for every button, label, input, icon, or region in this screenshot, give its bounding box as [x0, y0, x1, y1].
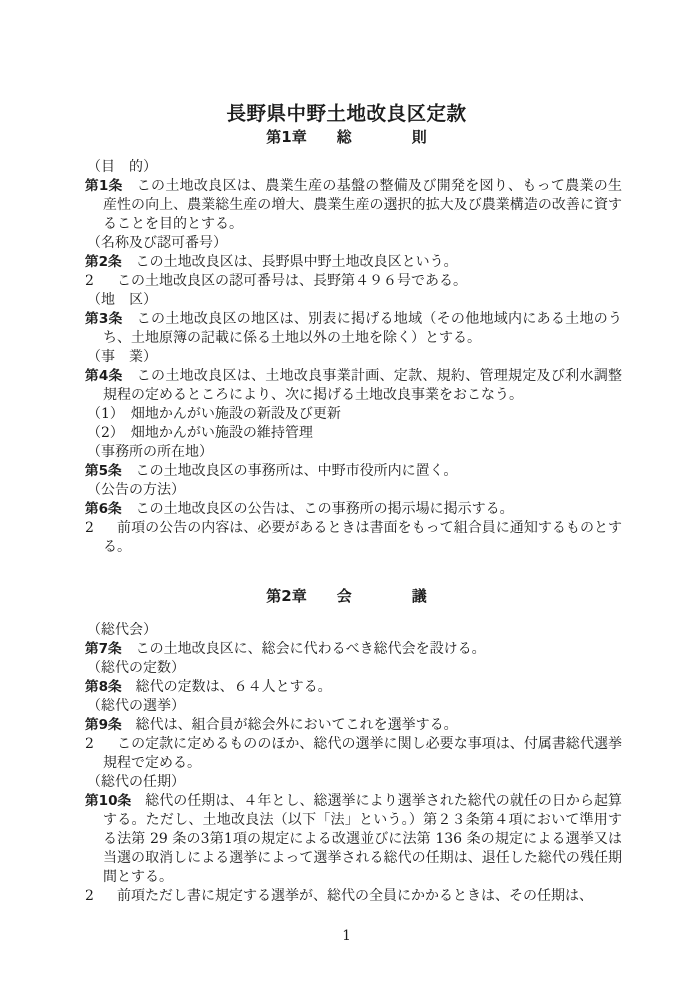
article-caption: （事 業） — [85, 348, 622, 367]
chapter-2-heading: 第2章 会 議 — [0, 586, 693, 606]
paragraph-number: 2 — [85, 519, 103, 538]
paragraph-text: 前項ただし書に規定する選挙が、総代の全員にかかるときは、その任期は、 — [103, 888, 593, 904]
document-title: 長野県中野土地改良区定款 — [0, 0, 693, 126]
article-number: 第3条 — [85, 311, 123, 327]
paragraph-number: 2 — [85, 272, 103, 291]
article-caption: （総代会） — [85, 621, 622, 640]
article-caption: （目 的） — [85, 158, 622, 177]
article-text: この土地改良区の事務所は、中野市役所内に置く。 — [122, 463, 458, 479]
article-caption: （総代の任期） — [85, 773, 622, 792]
article-text: 総代は、組合員が総会外においてこれを選挙する。 — [122, 717, 458, 733]
article-caption: （総代の選挙） — [85, 697, 622, 716]
article-text: この土地改良区は、長野県中野土地改良区という。 — [122, 254, 458, 270]
list-item: （1） 畑地かんがい施設の新設及び更新 — [85, 405, 622, 424]
article-number: 第9条 — [85, 717, 122, 733]
article: 第4条 この土地改良区は、土地改良事業計画、定款、規約、管理規定及び利水調整規程… — [85, 367, 622, 405]
paragraph: 2 前項の公告の内容は、必要があるときは書面をもって組合員に通知するものとする。 — [85, 519, 622, 557]
article-number: 第2条 — [85, 254, 122, 270]
article: 第2条 この土地改良区は、長野県中野土地改良区という。 — [85, 253, 622, 272]
chapter-1-body: （目 的） 第1条 この土地改良区は、農業生産の基盤の整備及び開発を図り、もって… — [85, 158, 622, 557]
article-caption: （名称及び認可番号） — [85, 234, 622, 253]
paragraph: 2 この定款に定めるもののほか、総代の選挙に関し必要な事項は、付属書総代選挙規程… — [85, 735, 622, 773]
paragraph-number: 2 — [85, 735, 103, 754]
article-number: 第10条 — [85, 793, 131, 809]
article: 第8条 総代の定数は、６４人とする。 — [85, 678, 622, 697]
article: 第7条 この土地改良区に、総会に代わるべき総代会を設ける。 — [85, 640, 622, 659]
chapter-1-heading: 第1章 総 則 — [0, 127, 693, 147]
article-caption: （総代の定数） — [85, 659, 622, 678]
article-number: 第5条 — [85, 463, 122, 479]
paragraph-text: この土地改良区の認可番号は、長野第４９６号である。 — [103, 273, 467, 289]
article-number: 第7条 — [85, 641, 122, 657]
article: 第5条 この土地改良区の事務所は、中野市役所内に置く。 — [85, 462, 622, 481]
article: 第6条 この土地改良区の公告は、この事務所の掲示場に掲示する。 — [85, 500, 622, 519]
article: 第9条 総代は、組合員が総会外においてこれを選挙する。 — [85, 716, 622, 735]
article-text: この土地改良区は、土地改良事業計画、定款、規約、管理規定及び利水調整規程の定める… — [103, 368, 622, 403]
list-item: （2） 畑地かんがい施設の維持管理 — [85, 424, 622, 443]
chapter-2-body: （総代会） 第7条 この土地改良区に、総会に代わるべき総代会を設ける。 （総代の… — [85, 621, 622, 906]
article-text: この土地改良区は、農業生産の基盤の整備及び開発を図り、もって農業の生産性の向上、… — [103, 178, 622, 232]
article: 第10条 総代の任期は、４年とし、総選挙により選挙された総代の就任の日から起算す… — [85, 792, 622, 887]
article-text: この土地改良区に、総会に代わるべき総代会を設ける。 — [122, 641, 486, 657]
article-caption: （公告の方法） — [85, 481, 622, 500]
article-number: 第6条 — [85, 501, 122, 517]
article-text: 総代の定数は、６４人とする。 — [122, 679, 332, 695]
article-text: この土地改良区の地区は、別表に掲げる地域（その他地域内にある土地のうち、土地原簿… — [103, 311, 622, 346]
paragraph: 2 この土地改良区の認可番号は、長野第４９６号である。 — [85, 272, 622, 291]
article-caption: （事務所の所在地） — [85, 443, 622, 462]
article-number: 第8条 — [85, 679, 122, 695]
article: 第3条 この土地改良区の地区は、別表に掲げる地域（その他地域内にある土地のうち、… — [85, 310, 622, 348]
article-number: 第4条 — [85, 368, 123, 384]
article-text: 総代の任期は、４年とし、総選挙により選挙された総代の就任の日から起算する。ただし… — [103, 793, 622, 885]
paragraph: 2 前項ただし書に規定する選挙が、総代の全員にかかるときは、その任期は、 — [85, 887, 622, 906]
page-number: 1 — [0, 927, 693, 945]
article-text: この土地改良区の公告は、この事務所の掲示場に掲示する。 — [122, 501, 514, 517]
paragraph-text: この定款に定めるもののほか、総代の選挙に関し必要な事項は、付属書総代選挙規程で定… — [103, 736, 622, 771]
paragraph-number: 2 — [85, 887, 103, 906]
article-number: 第1条 — [85, 178, 123, 194]
paragraph-text: 前項の公告の内容は、必要があるときは書面をもって組合員に通知するものとする。 — [103, 520, 622, 555]
document-page: 長野県中野土地改良区定款 第1章 総 則 （目 的） 第1条 この土地改良区は、… — [0, 0, 693, 987]
article: 第1条 この土地改良区は、農業生産の基盤の整備及び開発を図り、もって農業の生産性… — [85, 177, 622, 234]
article-caption: （地 区） — [85, 291, 622, 310]
